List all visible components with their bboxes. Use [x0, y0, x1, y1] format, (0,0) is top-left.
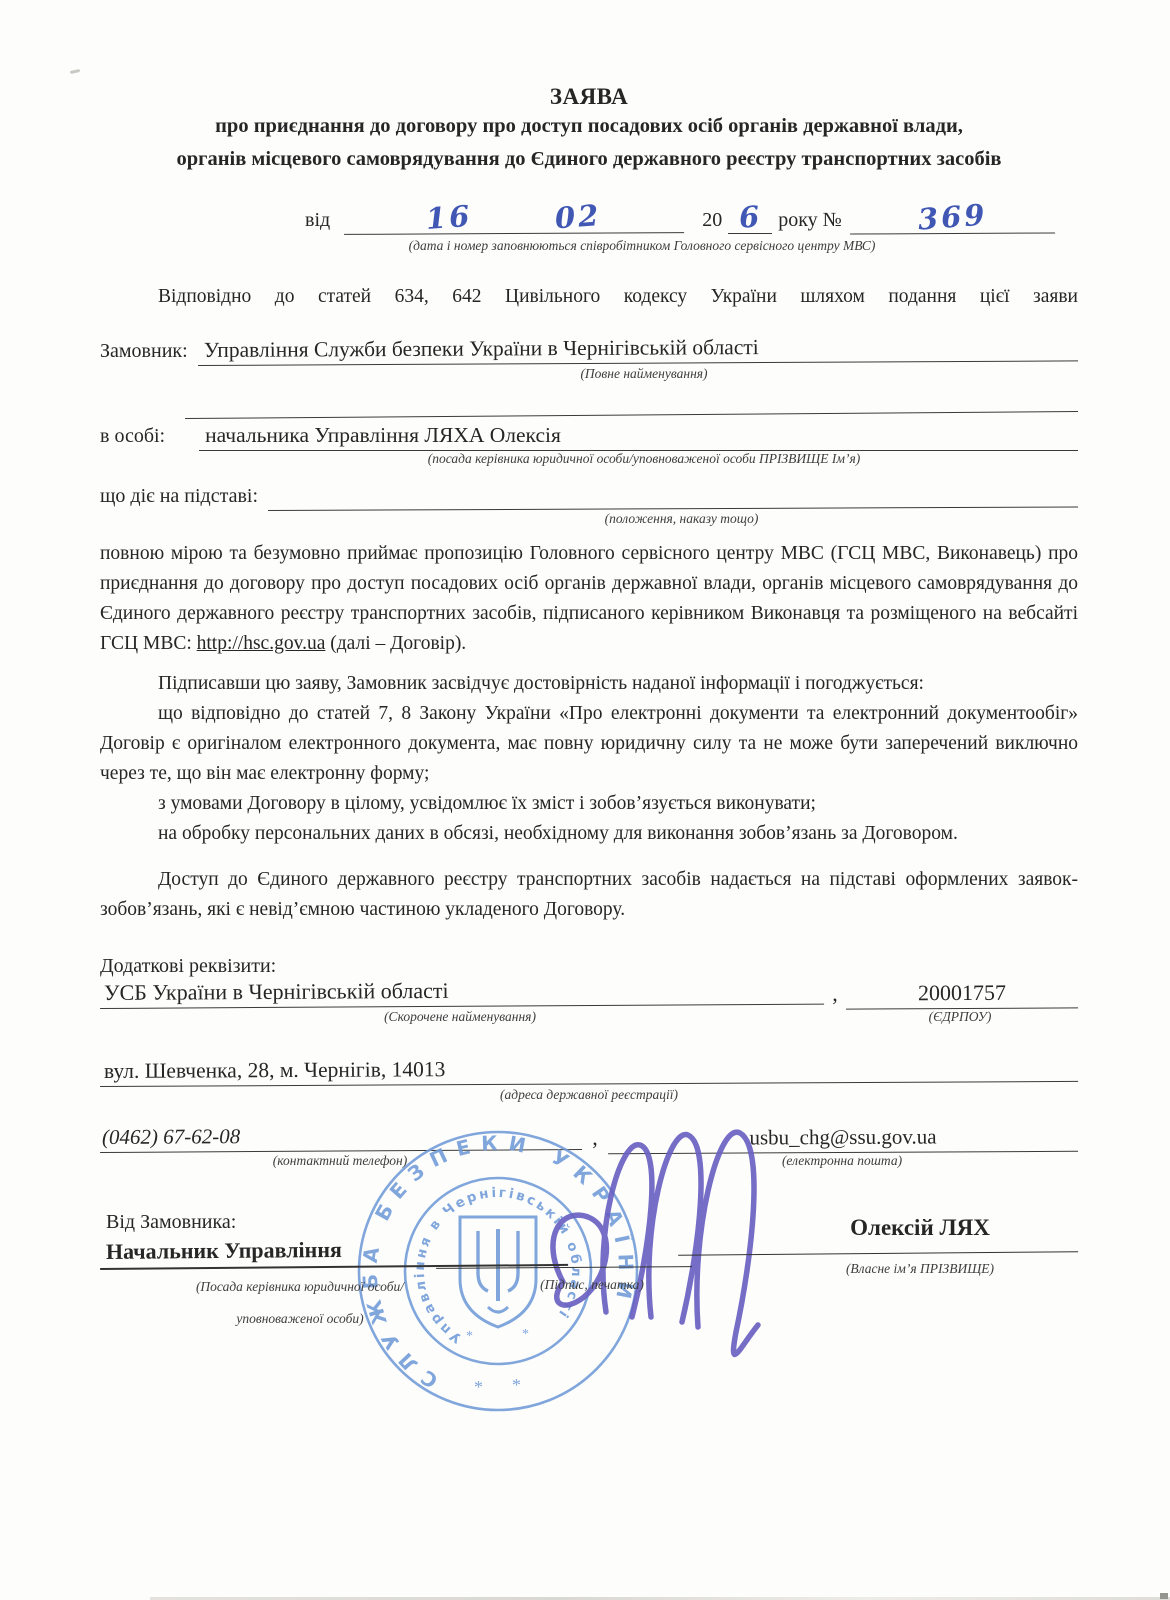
shortname-edrpou-row: УСБ України в Чернігівській області , 20…: [100, 980, 1078, 1009]
address-note-row: (адреса державної реєстрації): [100, 1087, 1078, 1103]
representative-note: (посада керівника юридичної особи/уповно…: [210, 451, 1078, 467]
spacer: [820, 1009, 842, 1025]
from-customer-label: Від Замовника:: [106, 1211, 236, 1234]
basis-note-row: (положення, наказу тощо): [100, 511, 1078, 527]
signature-stamp-line: [436, 1242, 692, 1269]
date-year-line: 6: [728, 202, 772, 234]
date-day-handwritten: 16: [426, 201, 475, 235]
representative-value-line: начальника Управління ЛЯХА Олексія: [199, 423, 1078, 451]
customer-note-row: (Повне найменування): [100, 366, 1078, 382]
representative-note-row: (посада керівника юридичної особи/уповно…: [100, 451, 1078, 467]
subtitle-line-2: органів місцевого самоврядування до Єдин…: [100, 143, 1078, 176]
date-note: (дата і номер заповнюються співробітнико…: [312, 238, 972, 254]
document-content: ЗАЯВА про приєднання до договору про дос…: [0, 0, 1170, 1505]
date-year-handwritten: 6: [738, 201, 763, 234]
doc-number-line: 369: [850, 201, 1055, 234]
customer-field-row: Замовник: Управління Служби безпеки Укра…: [100, 338, 1078, 366]
date-label: від: [305, 209, 330, 234]
basis-note: (положення, наказу тощо): [285, 511, 1078, 527]
position-note-line-1: (Посада керівника юридичної особи/: [140, 1279, 460, 1295]
scan-corner-artifact: [1160, 1593, 1168, 1599]
basis-field-row: що діє на підставі:: [100, 483, 1078, 511]
year-prefix: 20: [702, 209, 722, 234]
agreement-item-1: що відповідно до статей 7, 8 Закону Укра…: [100, 699, 1078, 789]
agreement-block: Підписавши цю заяву, Замовник засвідчує …: [100, 669, 1078, 849]
agreement-item-3: на обробку персональних даних в обсязі, …: [100, 819, 1078, 849]
date-month-handwritten: 02: [554, 200, 603, 234]
agreement-item-2: з умовами Договору в цілому, усвідомлює …: [100, 789, 1078, 819]
star-separator: *: [474, 1377, 483, 1397]
access-paragraph: Доступ до Єдиного державного реєстру тра…: [100, 865, 1078, 925]
spacer: [100, 451, 210, 467]
date-day-month-line: 16 02: [344, 201, 684, 235]
address-value-line: вул. Шевченка, 28, м. Чернігів, 14013: [100, 1054, 1078, 1087]
customer-second-ruling: [185, 401, 1078, 419]
hsc-website-link: http://hsc.gov.ua: [197, 633, 326, 654]
doc-number-handwritten: 369: [916, 199, 988, 235]
basis-label: що діє на підставі:: [100, 485, 268, 511]
position-note-line-2: уповноваженої особи): [190, 1311, 410, 1327]
comma-separator: ,: [824, 981, 846, 1009]
signature-stamp-note: (Підпис, печатка): [482, 1277, 702, 1293]
edrpou-note: (ЄДРПОУ): [842, 1009, 1078, 1025]
customer-label: Замовник:: [100, 340, 198, 366]
customer-note: (Повне найменування): [210, 366, 1078, 382]
edrpou-value-line: 20001757: [846, 979, 1078, 1009]
scanned-document-page: ЗАЯВА про приєднання до договору про дос…: [0, 0, 1170, 1600]
representative-field-row: в особі: начальника Управління ЛЯХА Олек…: [100, 423, 1078, 451]
acceptance-text-tail: (далі – Договір).: [325, 633, 466, 654]
spacer: [100, 366, 210, 382]
date-number-row: від 16 02 20 6 року № 369: [305, 202, 1078, 234]
roku-number-label: року №: [778, 209, 842, 234]
page-title: ЗАЯВА: [100, 84, 1078, 110]
star-separator: *: [466, 1329, 473, 1344]
shortname-value-line: УСБ України в Чернігівській області: [100, 976, 824, 1009]
spacer: [100, 511, 285, 527]
representative-label: в особі:: [100, 425, 175, 451]
acceptance-paragraph: повною мірою та безумовно приймає пропоз…: [100, 539, 1078, 659]
shortname-edrpou-notes: (Скорочене найменування) (ЄДРПОУ): [100, 1009, 1078, 1025]
intro-paragraph: Відповідно до статей 634, 642 Цивільного…: [100, 282, 1078, 312]
customer-value-line: Управління Служби безпеки України в Черн…: [198, 333, 1078, 366]
subtitle-line-1: про приєднання до договору про доступ по…: [100, 110, 1078, 143]
basis-value-line: [268, 479, 1078, 511]
signatory-name: Олексій ЛЯХ: [760, 1215, 1080, 1241]
address-note: (адреса державної реєстрації): [100, 1087, 1078, 1103]
agreement-intro: Підписавши цю заяву, Замовник засвідчує …: [100, 669, 1078, 699]
signature-section: СЛУЖБА БЕЗПЕКИ УКРАЇНИ Управління в Черн…: [100, 1185, 1078, 1505]
requisites-label: Додаткові реквізити:: [100, 955, 1078, 978]
signatory-name-note: (Власне ім’я ПРІЗВИЩЕ): [760, 1261, 1080, 1277]
shortname-note: (Скорочене найменування): [100, 1009, 820, 1025]
